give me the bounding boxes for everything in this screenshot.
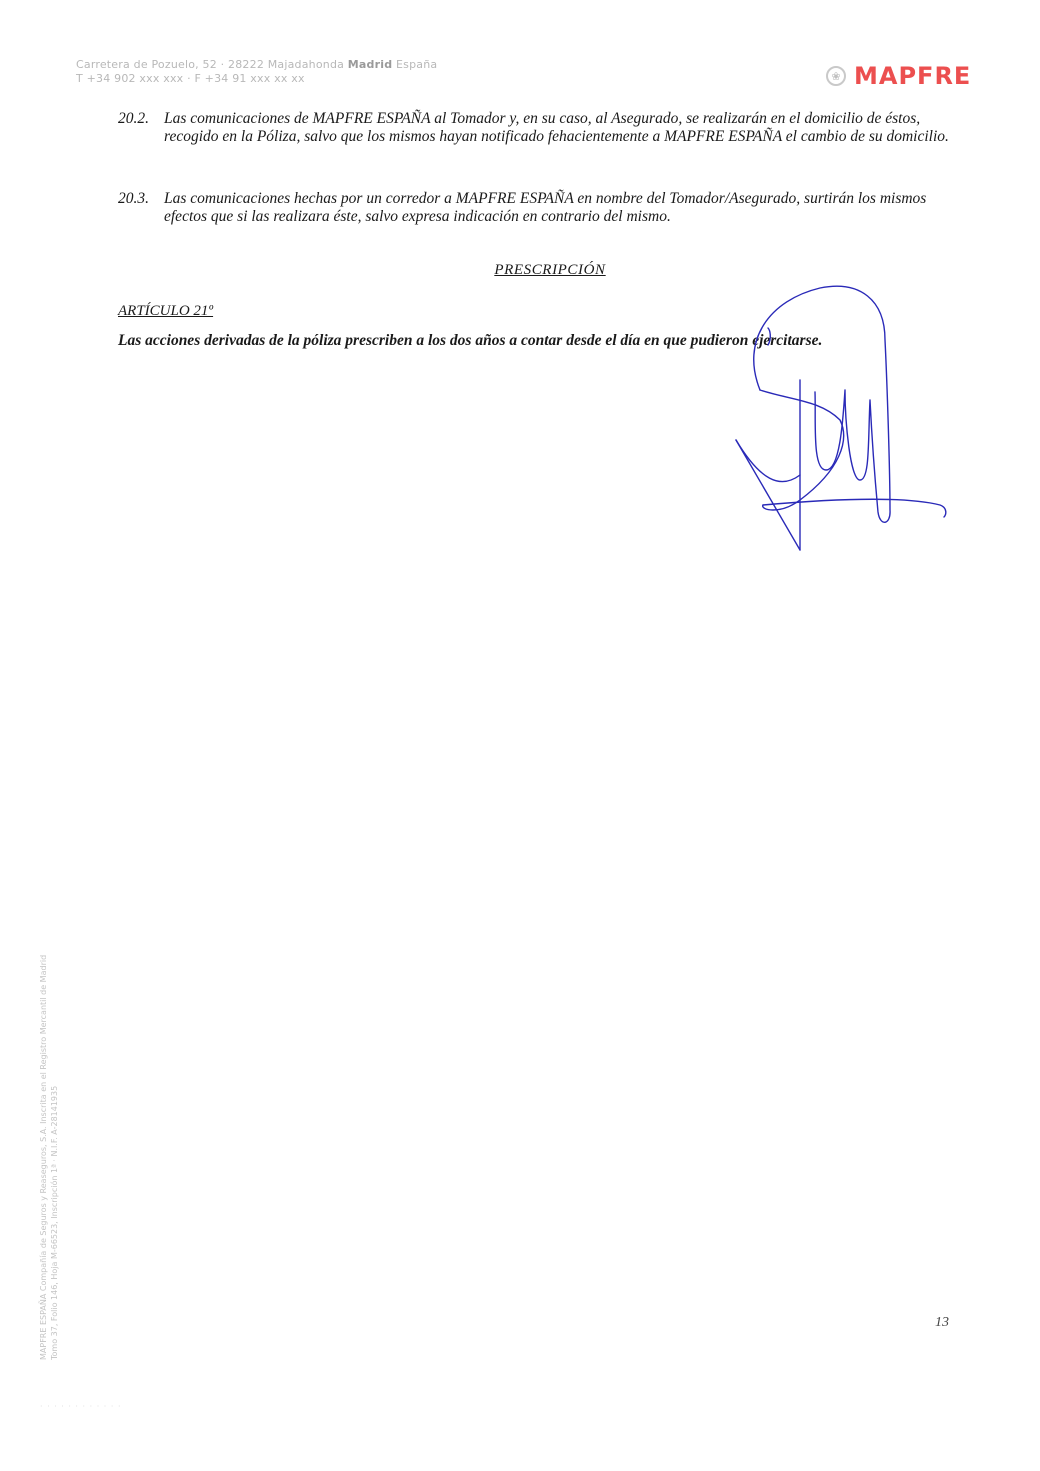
logo-text: MAPFRE xyxy=(854,62,971,90)
letterhead-country: España xyxy=(396,58,437,71)
letterhead-city: Madrid xyxy=(348,58,393,71)
section-heading: PRESCRIPCIÓN xyxy=(0,262,1040,279)
letterhead-phone: T +34 902 xxx xxx · F +34 91 xxx xx xx xyxy=(76,72,437,86)
section-text: Las comunicaciones de MAPFRE ESPAÑA al T… xyxy=(164,110,970,146)
section-number: 20.3. xyxy=(118,190,164,226)
section-20-3: 20.3. Las comunicaciones hechas por un c… xyxy=(118,190,970,226)
mapfre-logo: ❀ MAPFRE xyxy=(826,62,971,90)
article-text: Las acciones derivadas de la póliza pres… xyxy=(118,332,822,350)
letterhead: Carretera de Pozuelo, 52 · 28222 Majadah… xyxy=(76,58,437,86)
legal-side-text: MAPFRE ESPAÑA Compañía de Seguros y Reas… xyxy=(38,955,60,1360)
page-number: 13 xyxy=(935,1315,949,1331)
mapfre-emblem-icon: ❀ xyxy=(826,66,846,86)
section-20-2: 20.2. Las comunicaciones de MAPFRE ESPAÑ… xyxy=(118,110,970,146)
footer-text: · · · · · · · · · · · · xyxy=(40,1402,122,1411)
section-text: Las comunicaciones hechas por un corredo… xyxy=(164,190,970,226)
letterhead-address: Carretera de Pozuelo, 52 · 28222 Majadah… xyxy=(76,58,437,72)
article-title: ARTÍCULO 21º xyxy=(118,303,213,320)
section-number: 20.2. xyxy=(118,110,164,146)
